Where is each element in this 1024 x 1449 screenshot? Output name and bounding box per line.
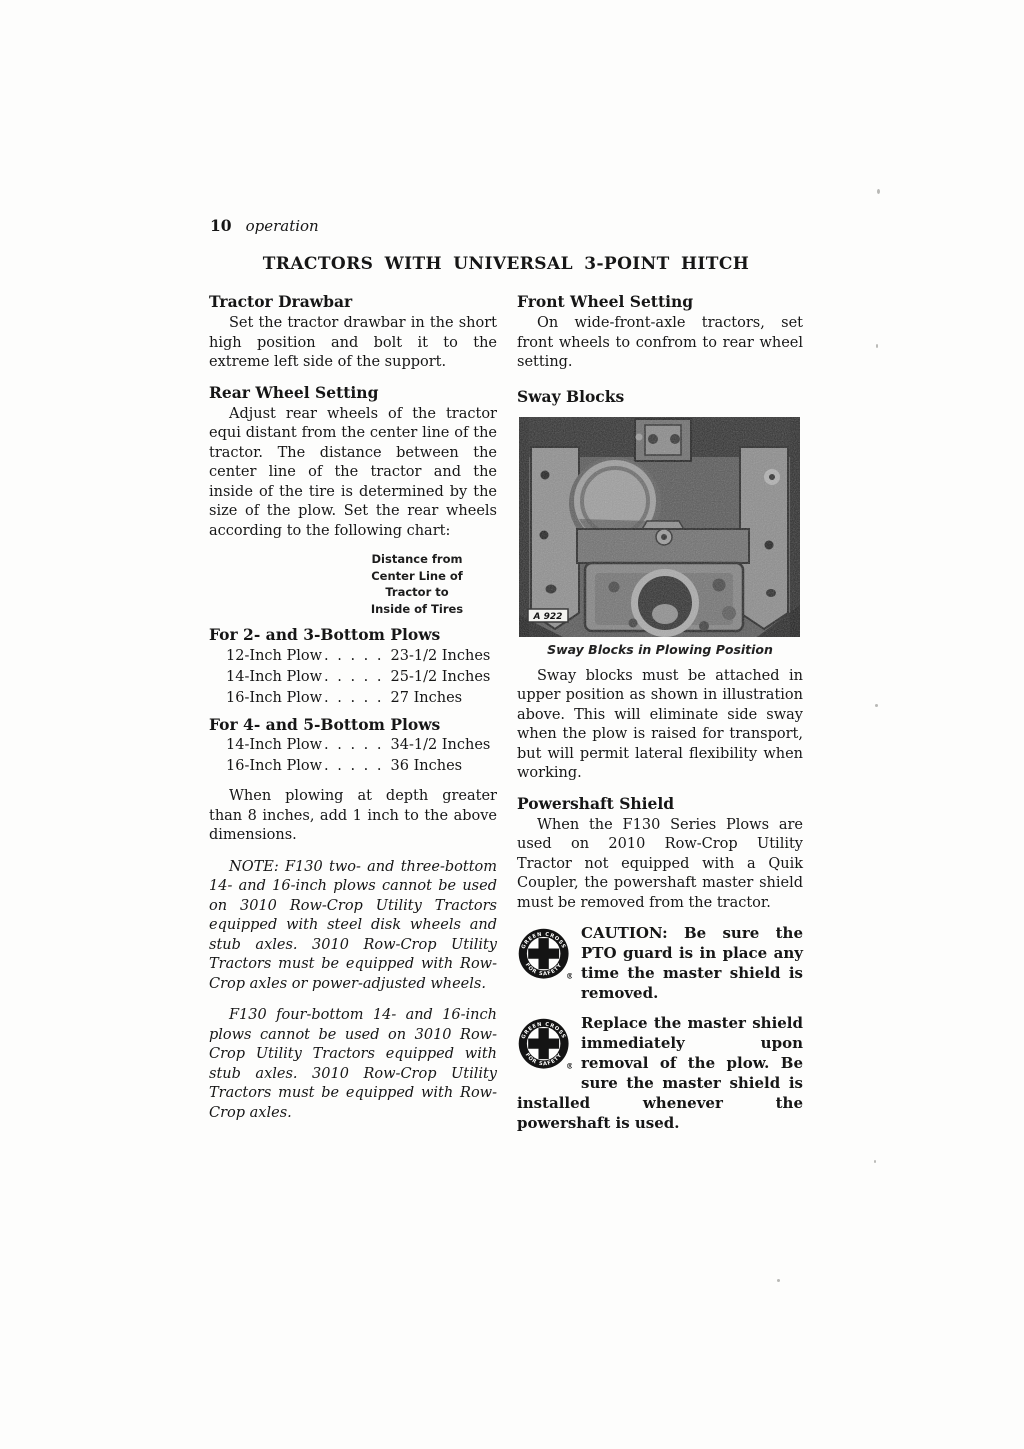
heading-front-wheel-setting: Front Wheel Setting <box>517 292 803 312</box>
registered-mark: ® <box>566 1062 572 1071</box>
plow-value: 25-1/2 Inches <box>391 669 491 685</box>
green-cross-safety-icon: GREEN CROSS FOR SAFETY ® <box>517 926 572 983</box>
paragraph-sway-blocks: Sway blocks must be attached in upper po… <box>517 667 803 784</box>
heading-tractor-drawbar: Tractor Drawbar <box>209 292 497 312</box>
left-column: Tractor Drawbar Set the tractor drawbar … <box>209 292 497 1133</box>
paragraph-powershaft-shield: When the F130 Series Plows are used on 2… <box>517 816 803 914</box>
chart-group-heading: For 2- and 3-Bottom Plows <box>209 625 497 645</box>
plow-value: 27 Inches <box>391 690 463 706</box>
scan-speck <box>777 1279 780 1282</box>
paragraph-rear-wheel-setting: Adjust rear wheels of the tractor equi d… <box>209 405 497 542</box>
paragraph-tractor-drawbar: Set the tractor drawbar in the short hig… <box>209 314 497 373</box>
paragraph-front-wheel-setting: On wide-front-axle tractors, set front w… <box>517 314 803 373</box>
plow-chart-row: 16-Inch Plow. . . . .36 Inches <box>209 756 497 777</box>
chart-label-line: Inside of Tires <box>347 601 487 618</box>
scan-speck <box>874 1160 876 1163</box>
svg-text:A 922: A 922 <box>533 612 563 622</box>
paragraph-depth-note: When plowing at depth greater than 8 inc… <box>209 787 497 846</box>
sway-blocks-photo-graphic: A 922 <box>519 417 800 637</box>
plow-item: 16-Inch Plow <box>226 690 322 706</box>
paragraph-note-f130: NOTE: F130 two- and three-bottom 14- and… <box>209 858 497 995</box>
caution-block-replace-shield: GREEN CROSS FOR SAFETY ® Replace the mas… <box>517 1013 803 1133</box>
plow-item: 16-Inch Plow <box>226 758 322 774</box>
chart-label-line: Tractor to <box>347 584 487 601</box>
plow-value: 36 Inches <box>391 758 463 774</box>
scan-speck <box>875 704 878 707</box>
registered-mark: ® <box>566 972 572 981</box>
dot-leader: . . . . . <box>324 669 383 685</box>
photo-id-label: A 922 <box>528 609 568 622</box>
scan-speck <box>877 189 880 194</box>
page-title: TRACTORS WITH UNIVERSAL 3-POINT HITCH <box>209 254 803 274</box>
chart-group-heading: For 4- and 5-Bottom Plows <box>209 715 497 735</box>
plow-value: 23-1/2 Inches <box>391 648 491 664</box>
green-cross-safety-icon: GREEN CROSS FOR SAFETY ® <box>517 1016 572 1073</box>
heading-rear-wheel-setting: Rear Wheel Setting <box>209 383 497 403</box>
plow-item: 14-Inch Plow <box>226 669 322 685</box>
caution-text: CAUTION: Be sure the PTO guard is in pla… <box>581 924 803 1002</box>
caution-block-pto-guard: GREEN CROSS FOR SAFETY ® CAUTION: Be sur… <box>517 923 803 1003</box>
plow-chart-row: 14-Inch Plow. . . . .25-1/2 Inches <box>209 667 497 688</box>
heading-sway-blocks: Sway Blocks <box>517 387 803 407</box>
chart-column-label: Distance from Center Line of Tractor to … <box>347 551 487 617</box>
scan-speck <box>876 344 878 348</box>
dot-leader: . . . . . <box>324 758 383 774</box>
dot-leader: . . . . . <box>324 648 383 664</box>
photo-caption: Sway Blocks in Plowing Position <box>517 642 803 657</box>
dot-leader: . . . . . <box>324 737 383 753</box>
chart-label-line: Distance from <box>347 551 487 568</box>
paragraph-note-f130-four-bottom: F130 four-bottom 14- and 16-inch plows c… <box>209 1006 497 1123</box>
plow-value: 34-1/2 Inches <box>391 737 491 753</box>
plow-item: 12-Inch Plow <box>226 648 322 664</box>
manual-page: 10operation TRACTORS WITH UNIVERSAL 3-PO… <box>0 0 1024 1449</box>
running-header: 10operation <box>210 216 319 235</box>
dot-leader: . . . . . <box>324 690 383 706</box>
right-column: Front Wheel Setting On wide-front-axle t… <box>517 292 803 1137</box>
sway-blocks-photo: A 922 <box>519 417 800 637</box>
section-name: operation <box>246 217 319 235</box>
plow-chart-row: 14-Inch Plow. . . . .34-1/2 Inches <box>209 735 497 756</box>
plow-item: 14-Inch Plow <box>226 737 322 753</box>
plow-chart-row: 12-Inch Plow. . . . .23-1/2 Inches <box>209 646 497 667</box>
page-number: 10 <box>210 216 232 235</box>
plow-chart-row: 16-Inch Plow. . . . .27 Inches <box>209 688 497 709</box>
heading-powershaft-shield: Powershaft Shield <box>517 794 803 814</box>
chart-label-line: Center Line of <box>347 568 487 585</box>
